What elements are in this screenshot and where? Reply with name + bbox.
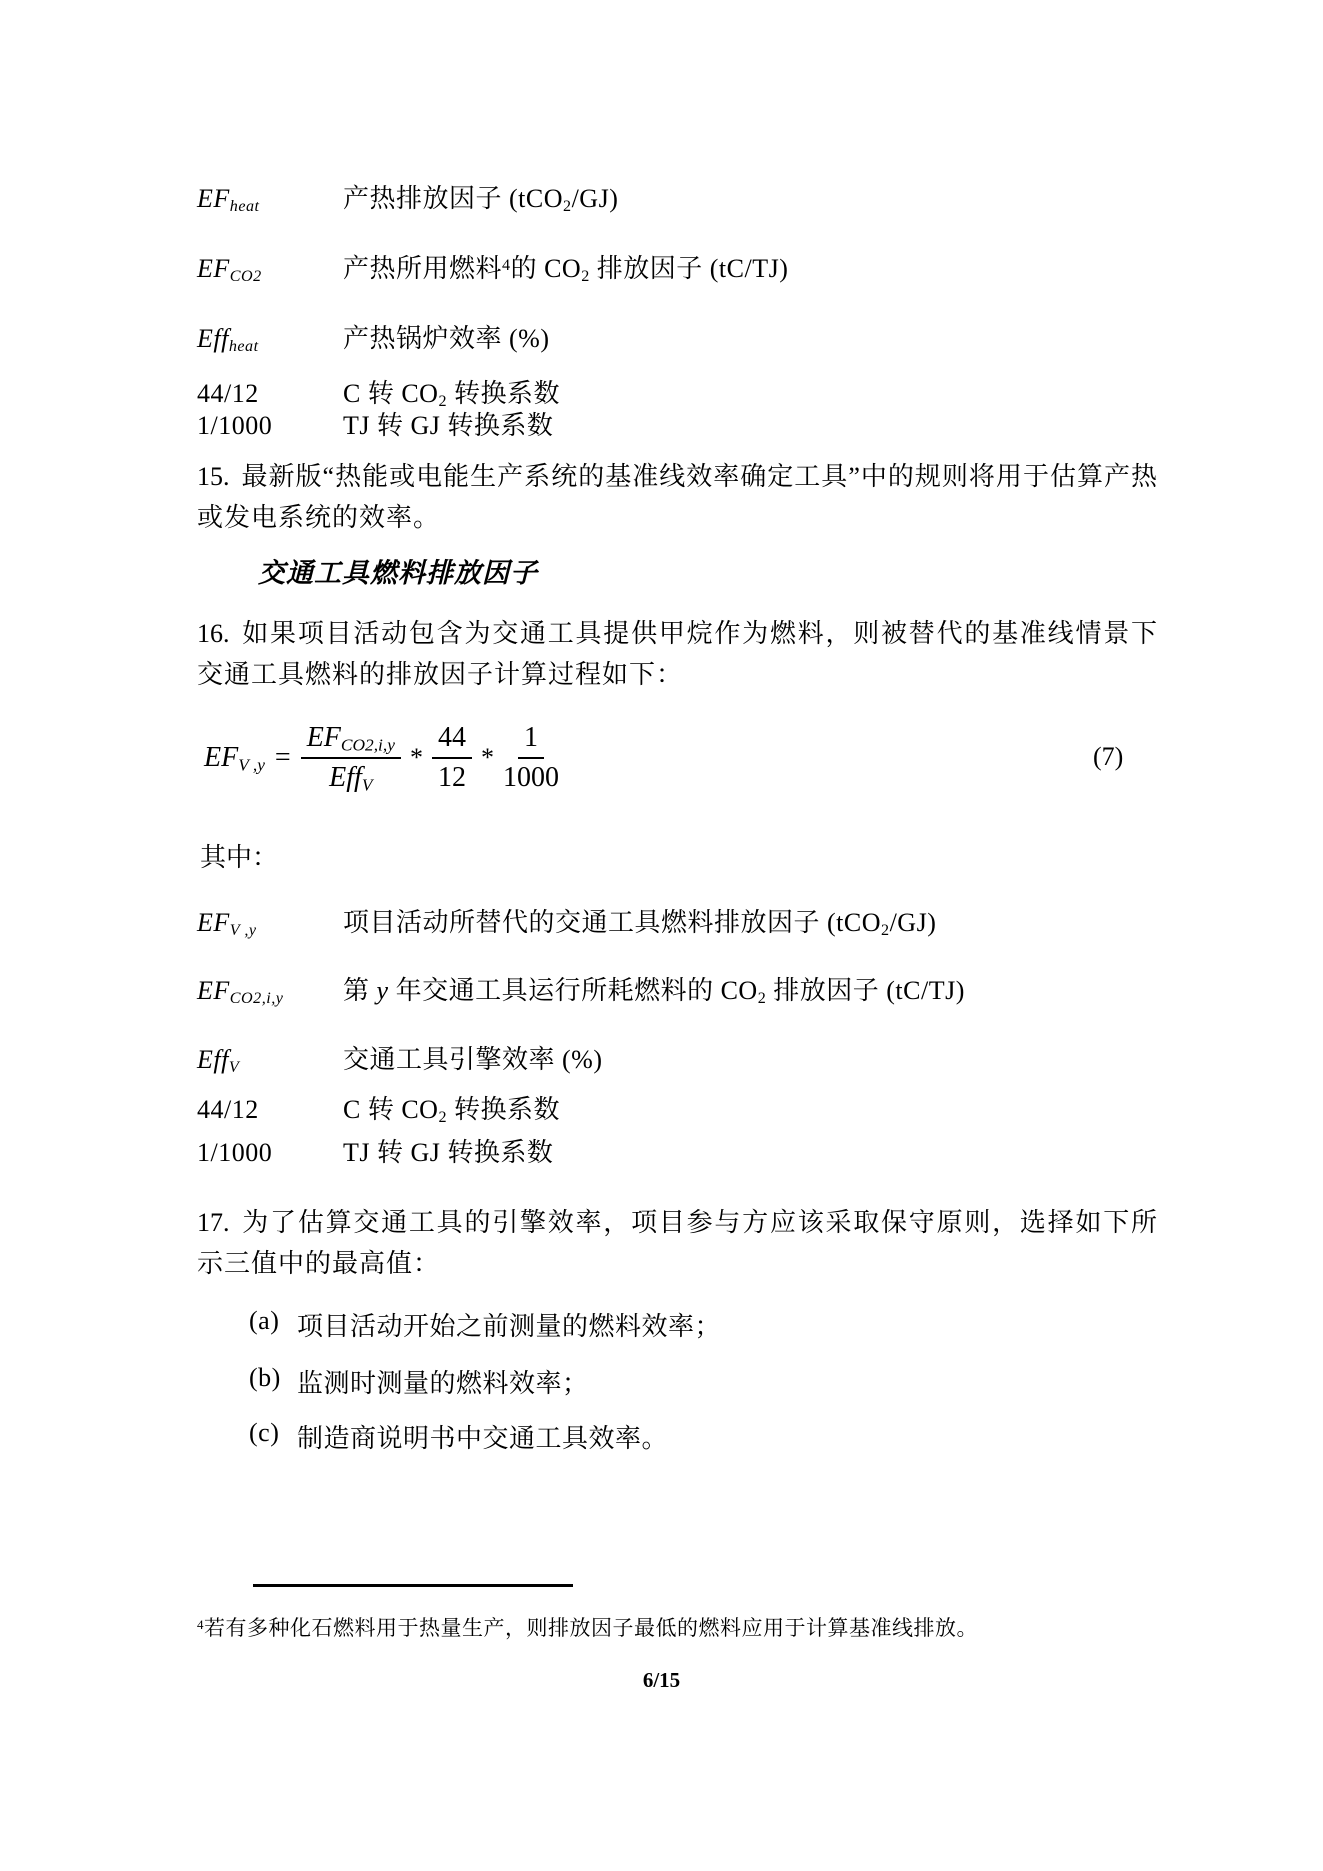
list-label: (a) <box>249 1306 279 1336</box>
definition: TJ 转 GJ 转换系数 <box>343 1138 553 1167</box>
term: EFCO2 <box>197 254 343 284</box>
term: 1/1000 <box>197 411 343 441</box>
list-text: 制造商说明书中交通工具效率。 <box>297 1418 668 1455</box>
fraction-1-1000: 1 1000 <box>503 722 559 794</box>
paragraph-text: 最新版“热能或电能生产系统的基准线效率确定工具”中的规则将用于估算产热或发电系统… <box>197 462 1158 532</box>
definition-row: 44/12C 转 CO2 转换系数 <box>197 1089 560 1126</box>
definition-row: EFCO2产热所用燃料4的 CO2 排放因子 (tC/TJ) <box>197 248 788 285</box>
term: EFCO2,i,y <box>197 976 343 1006</box>
paragraph-16: 16.如果项目活动包含为交通工具提供甲烷作为燃料，则被替代的基准线情景下交通工具… <box>197 613 1158 695</box>
definition: C 转 CO2 转换系数 <box>343 379 560 408</box>
definition: 产热所用燃料4的 CO2 排放因子 (tC/TJ) <box>343 254 788 283</box>
footnote: 4若有多种化石燃料用于热量生产，则排放因子最低的燃料应用于计算基准线排放。 <box>197 1612 1157 1642</box>
footnote-marker: 4 <box>197 1617 204 1632</box>
definition-row: EFheat产热排放因子 (tCO2/GJ) <box>197 178 618 215</box>
definition-row: 1/1000TJ 转 GJ 转换系数 <box>197 405 553 442</box>
equation-number: (7) <box>1093 742 1123 772</box>
list-text: 项目活动开始之前测量的燃料效率； <box>297 1306 721 1343</box>
definition: TJ 转 GJ 转换系数 <box>343 411 553 440</box>
definition: C 转 CO2 转换系数 <box>343 1095 560 1124</box>
definition-row: EFCO2,i,y第 y 年交通工具运行所耗燃料的 CO2 排放因子 (tC/T… <box>197 970 965 1007</box>
equation-lhs: EFV ,y <box>204 742 265 774</box>
paragraph-text: 如果项目活动包含为交通工具提供甲烷作为燃料，则被替代的基准线情景下交通工具燃料的… <box>197 619 1158 689</box>
footnote-text: 若有多种化石燃料用于热量生产，则排放因子最低的燃料应用于计算基准线排放。 <box>204 1616 978 1640</box>
definition: 第 y 年交通工具运行所耗燃料的 CO2 排放因子 (tC/TJ) <box>343 976 965 1005</box>
list-label: (b) <box>249 1363 281 1393</box>
paragraph-number: 15. <box>197 462 230 491</box>
definition-row: 1/1000TJ 转 GJ 转换系数 <box>197 1132 553 1169</box>
term: Effheat <box>197 324 343 354</box>
multiply-sign: * <box>481 743 494 773</box>
where-label: 其中： <box>200 837 278 874</box>
term: EffV <box>197 1045 343 1075</box>
definition-row: EFV ,y项目活动所替代的交通工具燃料排放因子 (tCO2/GJ) <box>197 902 936 939</box>
paragraph-17: 17.为了估算交通工具的引擎效率，项目参与方应该采取保守原则，选择如下所示三值中… <box>197 1202 1158 1284</box>
equals-sign: = <box>275 742 291 774</box>
footnote-separator <box>253 1584 573 1587</box>
list-text: 监测时测量的燃料效率； <box>297 1363 589 1400</box>
definition-row: Effheat产热锅炉效率 (%) <box>197 318 549 355</box>
definition-row: EffV交通工具引擎效率 (%) <box>197 1039 602 1076</box>
term: 44/12 <box>197 1095 343 1125</box>
footnote-ref: 4 <box>502 257 511 274</box>
fraction-emission-factor: EFCO2,i,y EffV <box>301 722 401 794</box>
definition: 项目活动所替代的交通工具燃料排放因子 (tCO2/GJ) <box>343 908 936 937</box>
section-heading: 交通工具燃料排放因子 <box>258 551 538 590</box>
paragraph-15: 15.最新版“热能或电能生产系统的基准线效率确定工具”中的规则将用于估算产热或发… <box>197 456 1158 538</box>
term: EFheat <box>197 184 343 214</box>
multiply-sign: * <box>410 743 423 773</box>
paragraph-number: 17. <box>197 1208 230 1237</box>
list-label: (c) <box>249 1418 279 1448</box>
term: EFV ,y <box>197 908 343 938</box>
definition: 产热锅炉效率 (%) <box>343 324 549 353</box>
definition: 产热排放因子 (tCO2/GJ) <box>343 184 618 213</box>
term: 1/1000 <box>197 1138 343 1168</box>
fraction-44-12: 44 12 <box>432 722 472 794</box>
equation-7: EFV ,y = EFCO2,i,y EffV * 44 12 * 1 1000 <box>204 712 559 804</box>
document-page: EFheat产热排放因子 (tCO2/GJ) EFCO2产热所用燃料4的 CO2… <box>0 0 1323 1871</box>
definition: 交通工具引擎效率 (%) <box>343 1045 602 1074</box>
paragraph-text: 为了估算交通工具的引擎效率，项目参与方应该采取保守原则，选择如下所示三值中的最高… <box>197 1208 1158 1278</box>
paragraph-number: 16. <box>197 619 230 648</box>
page-number: 6/15 <box>0 1668 1323 1693</box>
